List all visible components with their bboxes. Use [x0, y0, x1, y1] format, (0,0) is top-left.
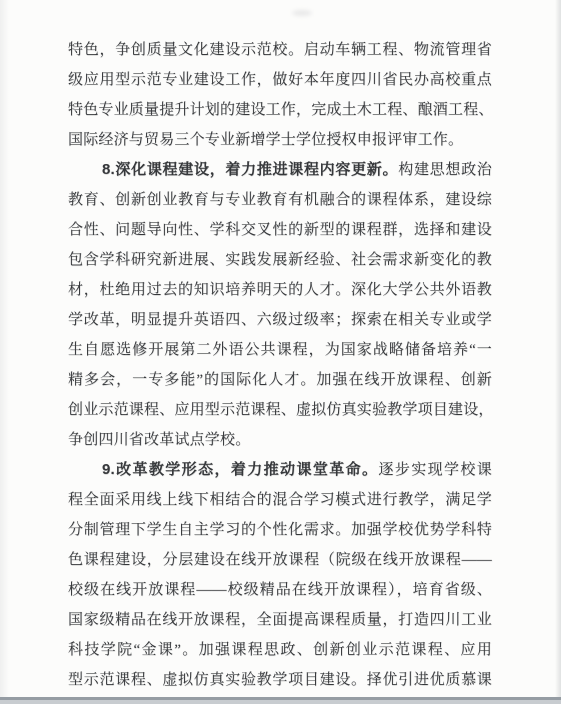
body-run: 分制管理下学生自主学习的个性化需求。加强学校优势学科特: [68, 522, 492, 538]
body-run: 创业示范课程、应用型示范课程、虚拟仿真实验教学项目建设，: [68, 402, 494, 418]
text-line: 色课程建设，分层建设在线开放课程（院级在线开放课程——: [68, 545, 492, 575]
text-line: 精多会，一专多能”的国际化人才。加强在线开放课程、创新: [68, 365, 492, 395]
page-text: 特色，争创质量文化建设示范校。启动车辆工程、物流管理省级应用型示范专业建设工作，…: [68, 35, 492, 695]
page-left-edge-shadow: [0, 0, 9, 704]
text-line: 教育、创新创业教育与专业教育有机融合的课程体系，建设综: [68, 185, 492, 215]
text-line: 学改革，明显提升英语四、六级过级率；探索在相关专业或学: [68, 305, 492, 335]
text-line: 9.改革教学形态，着力推动课堂革命。逐步实现学校课: [68, 455, 492, 485]
page-bottom-edge: [0, 697, 561, 704]
text-line: 生自愿选修开展第二外语公共课程，为国家战略储备培养“一: [68, 335, 492, 365]
body-run: 程全面采用线上线下相结合的混合学习模式进行教学，满足学: [68, 492, 492, 508]
text-line: 校级在线开放课程——校级精品在线开放课程），培育省级、: [68, 575, 492, 605]
heading-run: 9.改革教学形态，着力推动课堂革命。: [102, 461, 378, 478]
body-run: 包含学科研究新进展、实践发展新经验、社会需求新变化的教: [68, 252, 492, 268]
text-line: 国家级精品在线开放课程，全面提高课程质量，打造四川工业: [68, 605, 492, 635]
body-run: 构建思想政治: [398, 162, 492, 178]
body-run: 学改革，明显提升英语四、六级过级率；探索在相关专业或学: [68, 312, 492, 328]
text-line: 特色专业质量提升计划的建设工作，完成土木工程、酿酒工程、: [68, 95, 492, 125]
heading-run: 8.深化课程建设，着力推进课程内容更新。: [102, 161, 398, 178]
text-line: 8.深化课程建设，着力推进课程内容更新。构建思想政治: [68, 155, 492, 185]
text-line: 材，杜绝用过去的知识培养明天的人才。深化大学公共外语教: [68, 275, 492, 305]
body-run: 科技学院“金课”。加强课程思政、创新创业示范课程、应用: [68, 642, 492, 658]
body-run: 特色专业质量提升计划的建设工作，完成土木工程、酿酒工程、: [68, 102, 494, 118]
text-line: 程全面采用线上线下相结合的混合学习模式进行教学，满足学: [68, 485, 492, 515]
body-run: 生自愿选修开展第二外语公共课程，为国家战略储备培养“一: [68, 342, 492, 358]
document-page: 特色，争创质量文化建设示范校。启动车辆工程、物流管理省级应用型示范专业建设工作，…: [0, 0, 561, 704]
page-right-edge-shadow: [555, 0, 561, 704]
body-run: 争创四川省改革试点学校。: [68, 432, 250, 448]
text-line: 争创四川省改革试点学校。: [68, 425, 492, 455]
body-run: 色课程建设，分层建设在线开放课程（院级在线开放课程——: [68, 552, 492, 568]
body-run: 国家级精品在线开放课程，全面提高课程质量，打造四川工业: [68, 612, 492, 628]
body-run: 型示范课程、虚拟仿真实验教学项目建设。择优引进优质慕课: [68, 672, 492, 688]
text-line: 包含学科研究新进展、实践发展新经验、社会需求新变化的教: [68, 245, 492, 275]
scan-smudge: [292, 10, 312, 16]
body-run: 校级在线开放课程——校级精品在线开放课程），培育省级、: [68, 582, 492, 598]
body-run: 教育、创新创业教育与专业教育有机融合的课程体系，建设综: [68, 192, 492, 208]
text-line: 特色，争创质量文化建设示范校。启动车辆工程、物流管理省: [68, 35, 492, 65]
body-run: 合性、问题导向性、学科交叉性的新型的课程群，选择和建设: [68, 222, 492, 238]
text-line: 合性、问题导向性、学科交叉性的新型的课程群，选择和建设: [68, 215, 492, 245]
body-run: 特色，争创质量文化建设示范校。启动车辆工程、物流管理省: [68, 42, 492, 58]
text-line: 分制管理下学生自主学习的个性化需求。加强学校优势学科特: [68, 515, 492, 545]
text-line: 国际经济与贸易三个专业新增学士学位授权申报评审工作。: [68, 125, 492, 155]
body-run: 材，杜绝用过去的知识培养明天的人才。深化大学公共外语教: [68, 282, 492, 298]
text-line: 创业示范课程、应用型示范课程、虚拟仿真实验教学项目建设，: [68, 395, 492, 425]
body-run: 级应用型示范专业建设工作，做好本年度四川省民办高校重点: [68, 72, 492, 88]
body-run: 精多会，一专多能”的国际化人才。加强在线开放课程、创新: [68, 372, 492, 388]
text-line: 级应用型示范专业建设工作，做好本年度四川省民办高校重点: [68, 65, 492, 95]
body-run: 国际经济与贸易三个专业新增学士学位授权申报评审工作。: [68, 132, 463, 148]
body-run: 逐步实现学校课: [378, 462, 492, 478]
text-line: 科技学院“金课”。加强课程思政、创新创业示范课程、应用: [68, 635, 492, 665]
text-line: 型示范课程、虚拟仿真实验教学项目建设。择优引进优质慕课: [68, 665, 492, 695]
